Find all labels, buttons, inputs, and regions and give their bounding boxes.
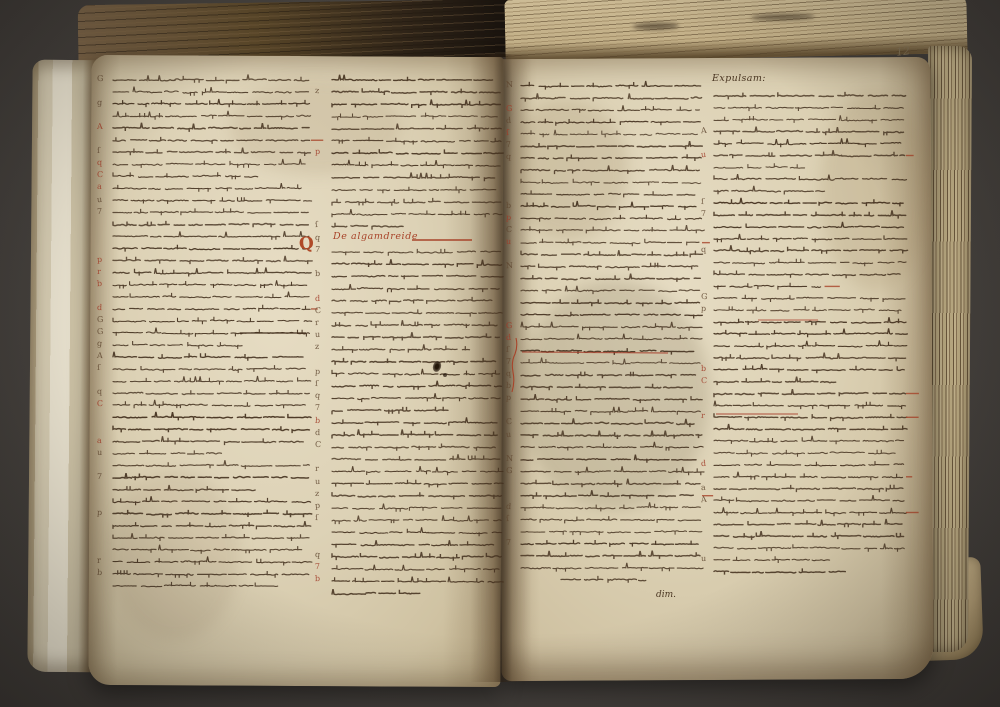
left-outer-margin-letter: A bbox=[97, 352, 103, 360]
right-inner-margin-letter: N bbox=[506, 262, 514, 271]
left-inner-margin-letter: 7 bbox=[315, 404, 320, 412]
right-inner-margin-letter: 7 bbox=[506, 358, 511, 366]
left-inner-margin-letter: u bbox=[315, 331, 320, 339]
left-outer-margin-letter: 7 bbox=[97, 208, 102, 216]
right-inner-margin-letter: N bbox=[506, 455, 513, 463]
left-inner-margin-letter: ſ bbox=[315, 514, 318, 522]
right-outer-margin-letter: b bbox=[701, 365, 706, 373]
right-inner-margin-letter: 7 bbox=[506, 141, 512, 149]
left-outer-margin-letter: C bbox=[97, 171, 103, 179]
left-inner-margin-letter: C bbox=[315, 307, 322, 315]
right-outer-margin-letter: p bbox=[701, 305, 707, 313]
right-inner-margin-letter: q bbox=[506, 370, 512, 378]
right-outer-margin-letter: G bbox=[701, 293, 708, 301]
left-inner-margin-letter: r bbox=[315, 465, 319, 473]
left-inner-margin-letter: p bbox=[315, 368, 321, 376]
right-inner-margin-letter: C bbox=[506, 226, 512, 234]
left-outer-margin-letter: b bbox=[97, 280, 103, 288]
right-inner-margin-letter: d bbox=[506, 117, 512, 125]
right-outer-margin-letter: 7 bbox=[701, 210, 706, 218]
right-inner-margin-letter: d bbox=[506, 334, 512, 342]
left-inner-margin-letter: ſ bbox=[315, 380, 319, 388]
left-inner-margin-letter: b bbox=[315, 575, 320, 583]
right-outer-margin-letter: d bbox=[701, 460, 707, 468]
left-inner-margin-letter: u bbox=[315, 478, 320, 486]
left-outer-margin-letter: d bbox=[97, 304, 102, 312]
right-outer-margin-letter: r bbox=[701, 412, 705, 420]
left-inner-margin-letter: d bbox=[315, 295, 320, 303]
left-outer-margin-letter: a bbox=[97, 436, 102, 444]
left-inner-margin-letter: b bbox=[315, 270, 320, 278]
right-inner-margin-letter: b bbox=[506, 201, 511, 209]
right-outer-margin-letter: u bbox=[701, 150, 707, 158]
left-inner-margin-letter: q bbox=[315, 392, 321, 400]
left-outer-margin-letter: b bbox=[97, 569, 103, 577]
left-inner-margin-letter: q bbox=[315, 233, 321, 241]
left-inner-margin-letter: p bbox=[315, 502, 321, 510]
left-inner-margin-letter: 7 bbox=[315, 563, 320, 571]
left-inner-margin-letter: 7 bbox=[315, 246, 321, 254]
ink-blot bbox=[443, 373, 447, 377]
right-inner-margin-letter: q bbox=[506, 153, 512, 161]
right-inner-margin-letter: p bbox=[506, 213, 512, 221]
right-outer-margin-letter: u bbox=[701, 555, 706, 563]
manuscript-photo: GgAſqCau7prbdGGgAſqCau7prbzpſq7bdCruzpſq… bbox=[0, 0, 1000, 707]
left-outer-margin-letter: g bbox=[97, 99, 102, 107]
left-inner-margin-letter: q bbox=[315, 551, 321, 559]
left-outer-margin-letter: g bbox=[97, 340, 103, 348]
right-inner-margin-letter: u bbox=[506, 430, 512, 438]
right-outer-margin-letter: ſ bbox=[701, 198, 705, 206]
right-outer-margin-letter: q bbox=[701, 246, 707, 254]
left-inner-margin-letter: z bbox=[315, 87, 320, 95]
left-outer-margin-letter: C bbox=[97, 400, 103, 408]
right-inner-margin-letter: u bbox=[506, 238, 512, 246]
left-outer-margin-letter: p bbox=[97, 509, 103, 517]
right-inner-margin-letter: ſ bbox=[506, 515, 510, 523]
left-outer-margin-letter: q bbox=[97, 159, 102, 167]
left-outer-margin-letter: G bbox=[97, 316, 104, 324]
right-inner-margin-letter: d bbox=[506, 503, 512, 511]
right-outer-margin-letter: A bbox=[701, 126, 707, 134]
right-outer-margin-letter: A bbox=[701, 495, 707, 503]
right-inner-margin-letter: G bbox=[506, 105, 512, 113]
left-outer-margin-letter: G bbox=[97, 75, 103, 83]
left-inner-margin-letter: d bbox=[315, 429, 320, 437]
left-outer-margin-letter: A bbox=[97, 123, 103, 131]
left-outer-margin-letter: q bbox=[97, 388, 102, 396]
left-outer-margin-letter: 7 bbox=[97, 473, 102, 481]
left-inner-margin-letter: z bbox=[315, 490, 319, 498]
left-inner-margin-letter: r bbox=[315, 319, 319, 327]
right-inner-margin-letter: C bbox=[506, 418, 513, 426]
marginal-letters: GgAſqCau7prbdGGgAſqCau7prbzpſq7bdCruzpſq… bbox=[0, 0, 1000, 707]
left-outer-margin-letter: ſ bbox=[97, 147, 100, 155]
left-inner-margin-letter: ſ bbox=[315, 221, 319, 229]
left-outer-margin-letter: ſ bbox=[97, 364, 100, 372]
right-outer-margin-letter: C bbox=[701, 377, 707, 385]
left-outer-margin-letter: r bbox=[97, 557, 101, 565]
left-outer-margin-letter: u bbox=[97, 449, 102, 457]
left-outer-margin-letter: u bbox=[97, 195, 103, 203]
right-inner-margin-letter: N bbox=[506, 81, 514, 89]
right-outer-margin-letter: a bbox=[701, 484, 706, 492]
left-outer-margin-letter: r bbox=[97, 268, 101, 276]
right-inner-margin-letter: ſ bbox=[506, 129, 509, 137]
right-inner-margin-letter: 7 bbox=[506, 539, 511, 547]
left-inner-margin-letter: b bbox=[315, 416, 321, 424]
right-inner-margin-letter: G bbox=[506, 466, 513, 474]
right-inner-margin-letter: G bbox=[506, 322, 513, 330]
left-inner-margin-letter: z bbox=[315, 343, 319, 351]
left-outer-margin-letter: G bbox=[97, 328, 104, 336]
left-outer-margin-letter: a bbox=[97, 183, 102, 191]
right-inner-margin-letter: ſ bbox=[506, 346, 509, 354]
left-inner-margin-letter: C bbox=[315, 441, 322, 449]
left-outer-margin-letter: p bbox=[97, 256, 103, 264]
right-inner-margin-letter: b bbox=[506, 382, 511, 390]
left-inner-margin-letter: p bbox=[315, 148, 320, 156]
right-inner-margin-letter: p bbox=[506, 394, 512, 402]
